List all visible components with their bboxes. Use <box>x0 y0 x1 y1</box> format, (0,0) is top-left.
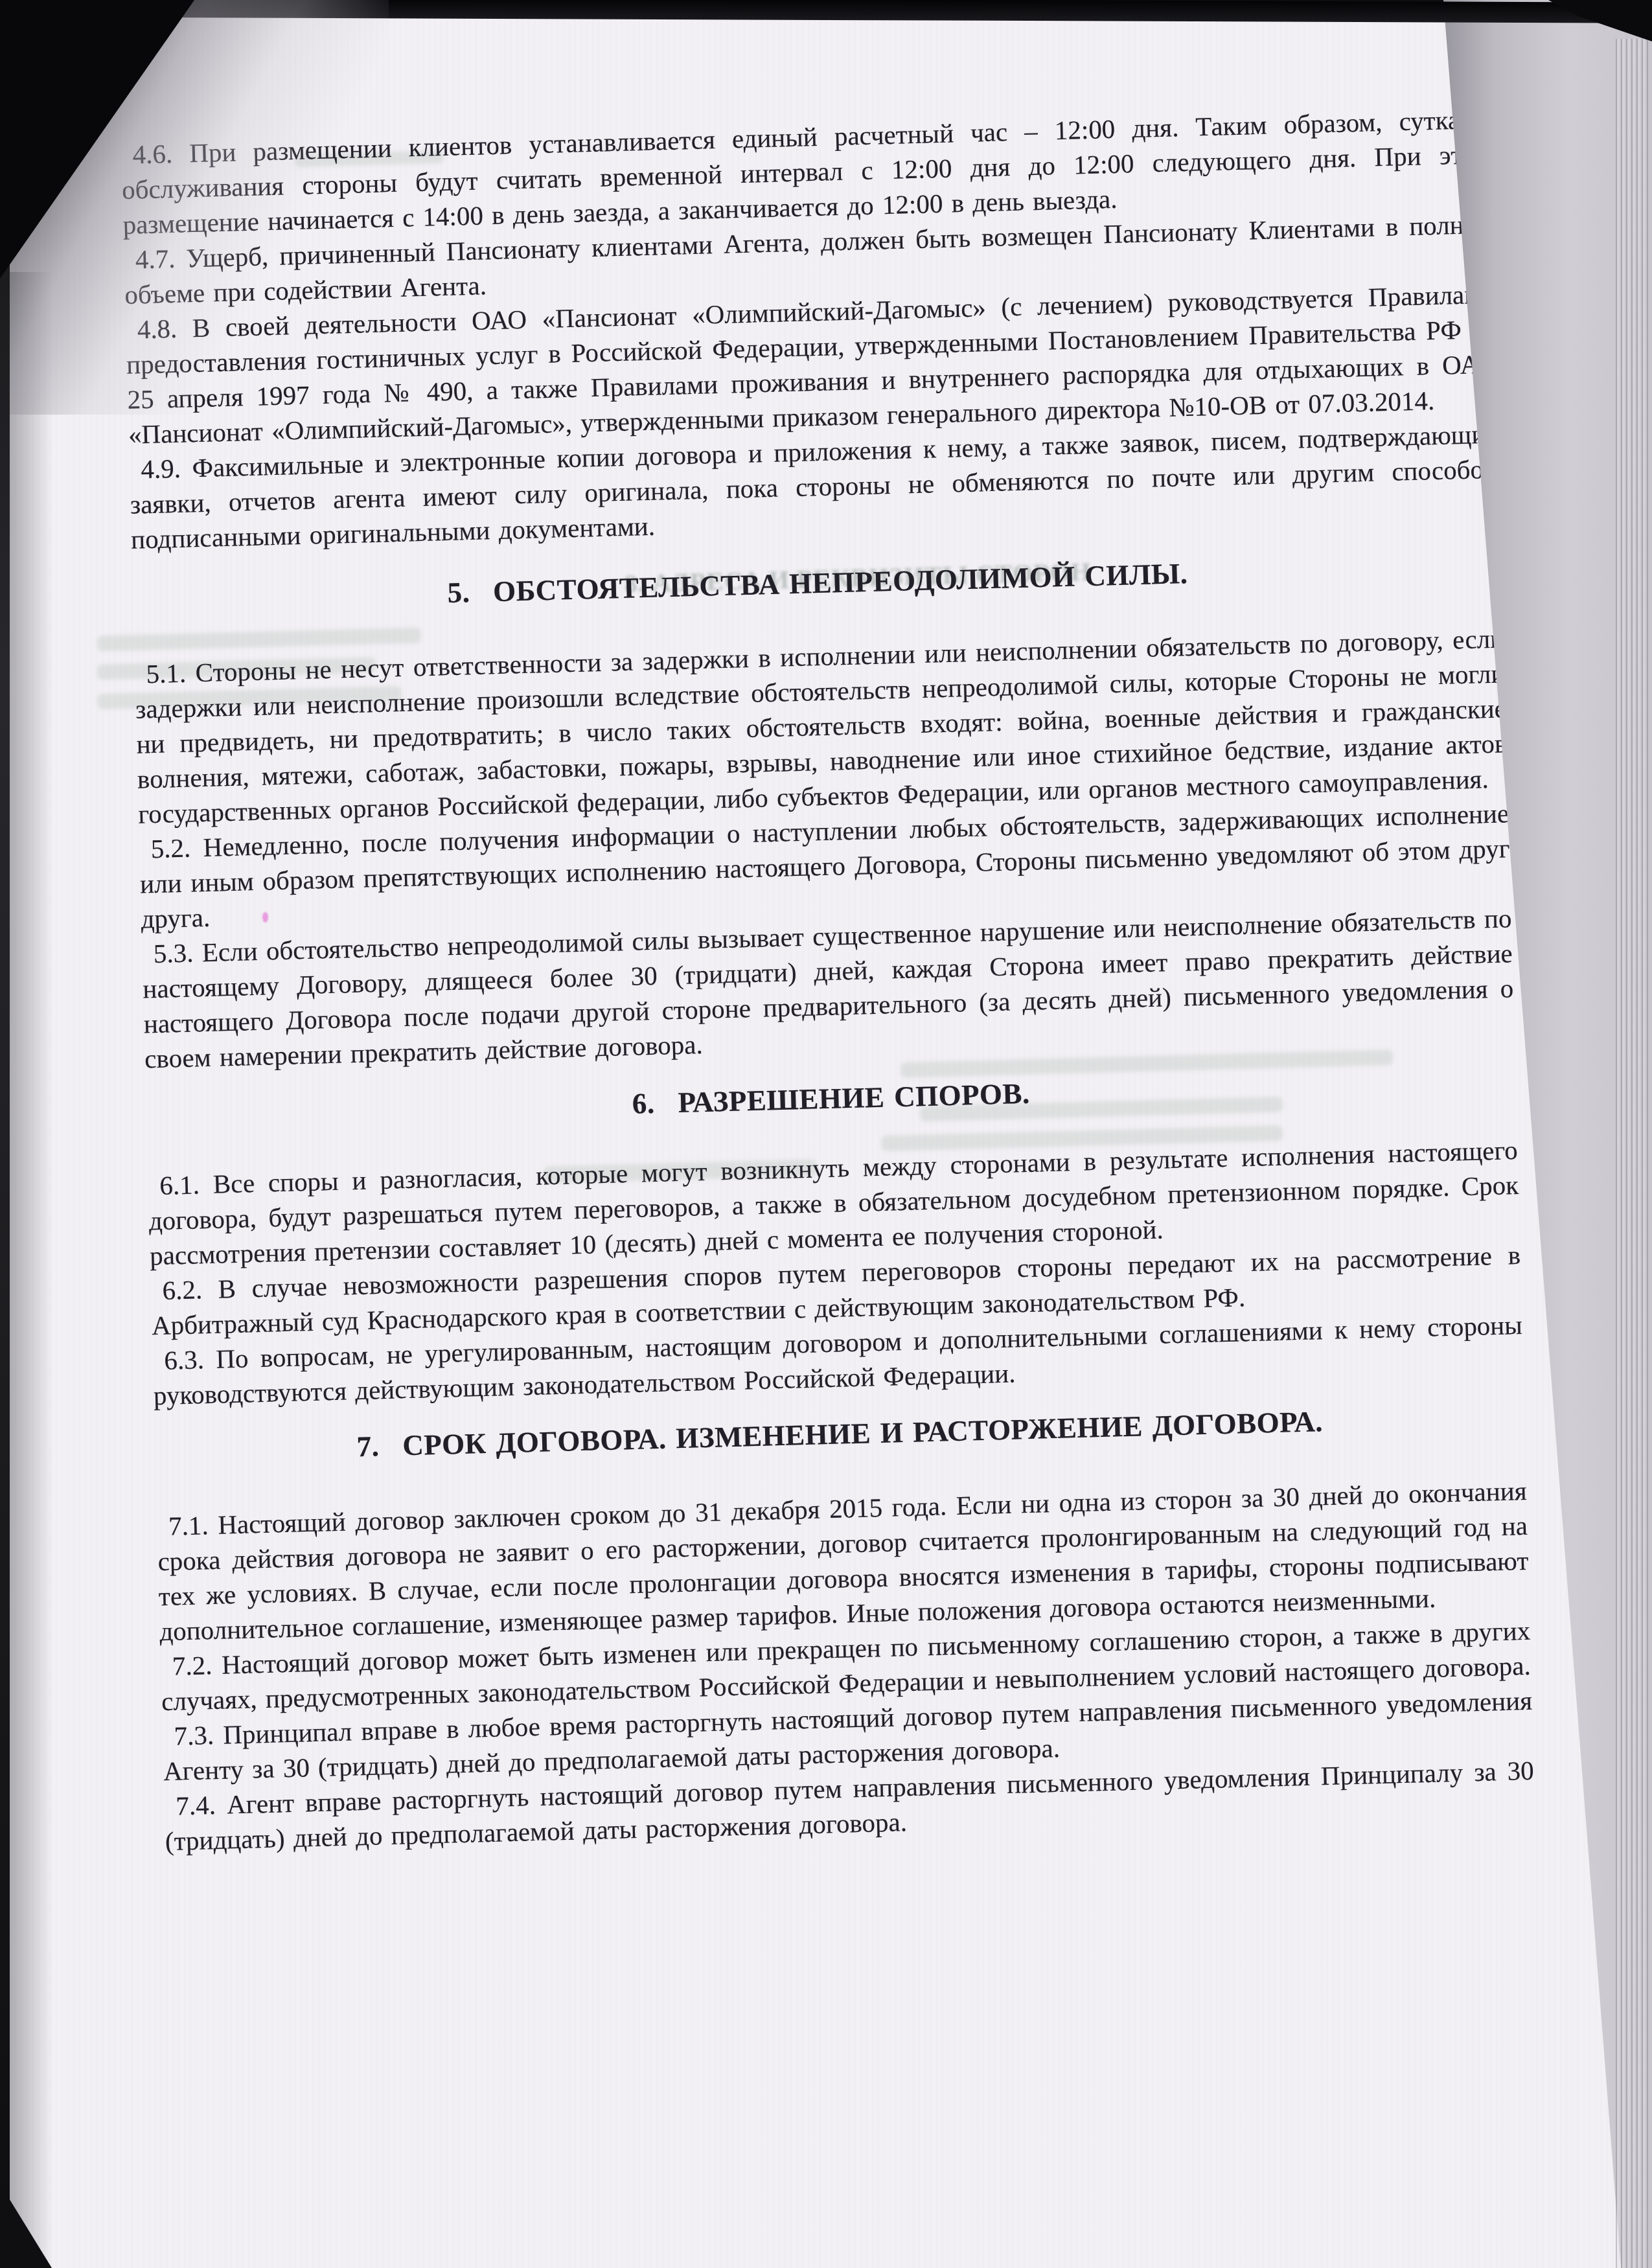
clause-5-1: 5.1. Стороны не несут ответственности за… <box>134 621 1508 831</box>
scanner-edge-left <box>0 0 10 2268</box>
page-edge-stack-lines <box>1614 39 1648 2268</box>
section-7-heading: 7.СРОК ДОГОВОРА. ИЗМЕНЕНИЕ И РАСТОРЖЕНИЕ… <box>154 1397 1525 1471</box>
section-6-title: РАЗРЕШЕНИЕ СПОРОВ. <box>678 1077 1030 1119</box>
section-5-title: ОБСТОЯТЕЛЬСТВА НЕПРЕОДОЛИМОЙ СИЛЫ. <box>493 557 1188 608</box>
scanned-contract-page: 8. АДРЕСА И РЕКВИЗИТЫ СТОРОН 4.6. При ра… <box>0 0 1652 2268</box>
section-7-number: 7. <box>356 1430 380 1463</box>
section-5-heading: 5.ОБСТОЯТЕЛЬСТВА НЕПРЕОДОЛИМОЙ СИЛЫ. <box>132 545 1503 620</box>
section-7-title: СРОК ДОГОВОРА. ИЗМЕНЕНИЕ И РАСТОРЖЕНИЕ Д… <box>402 1405 1324 1461</box>
section-6-heading: 6.РАЗРЕШЕНИЕ СПОРОВ. <box>146 1061 1517 1136</box>
section-5-number: 5. <box>447 576 470 609</box>
page-fold-shadow-left <box>9 272 61 2268</box>
section-6-number: 6. <box>632 1087 655 1120</box>
